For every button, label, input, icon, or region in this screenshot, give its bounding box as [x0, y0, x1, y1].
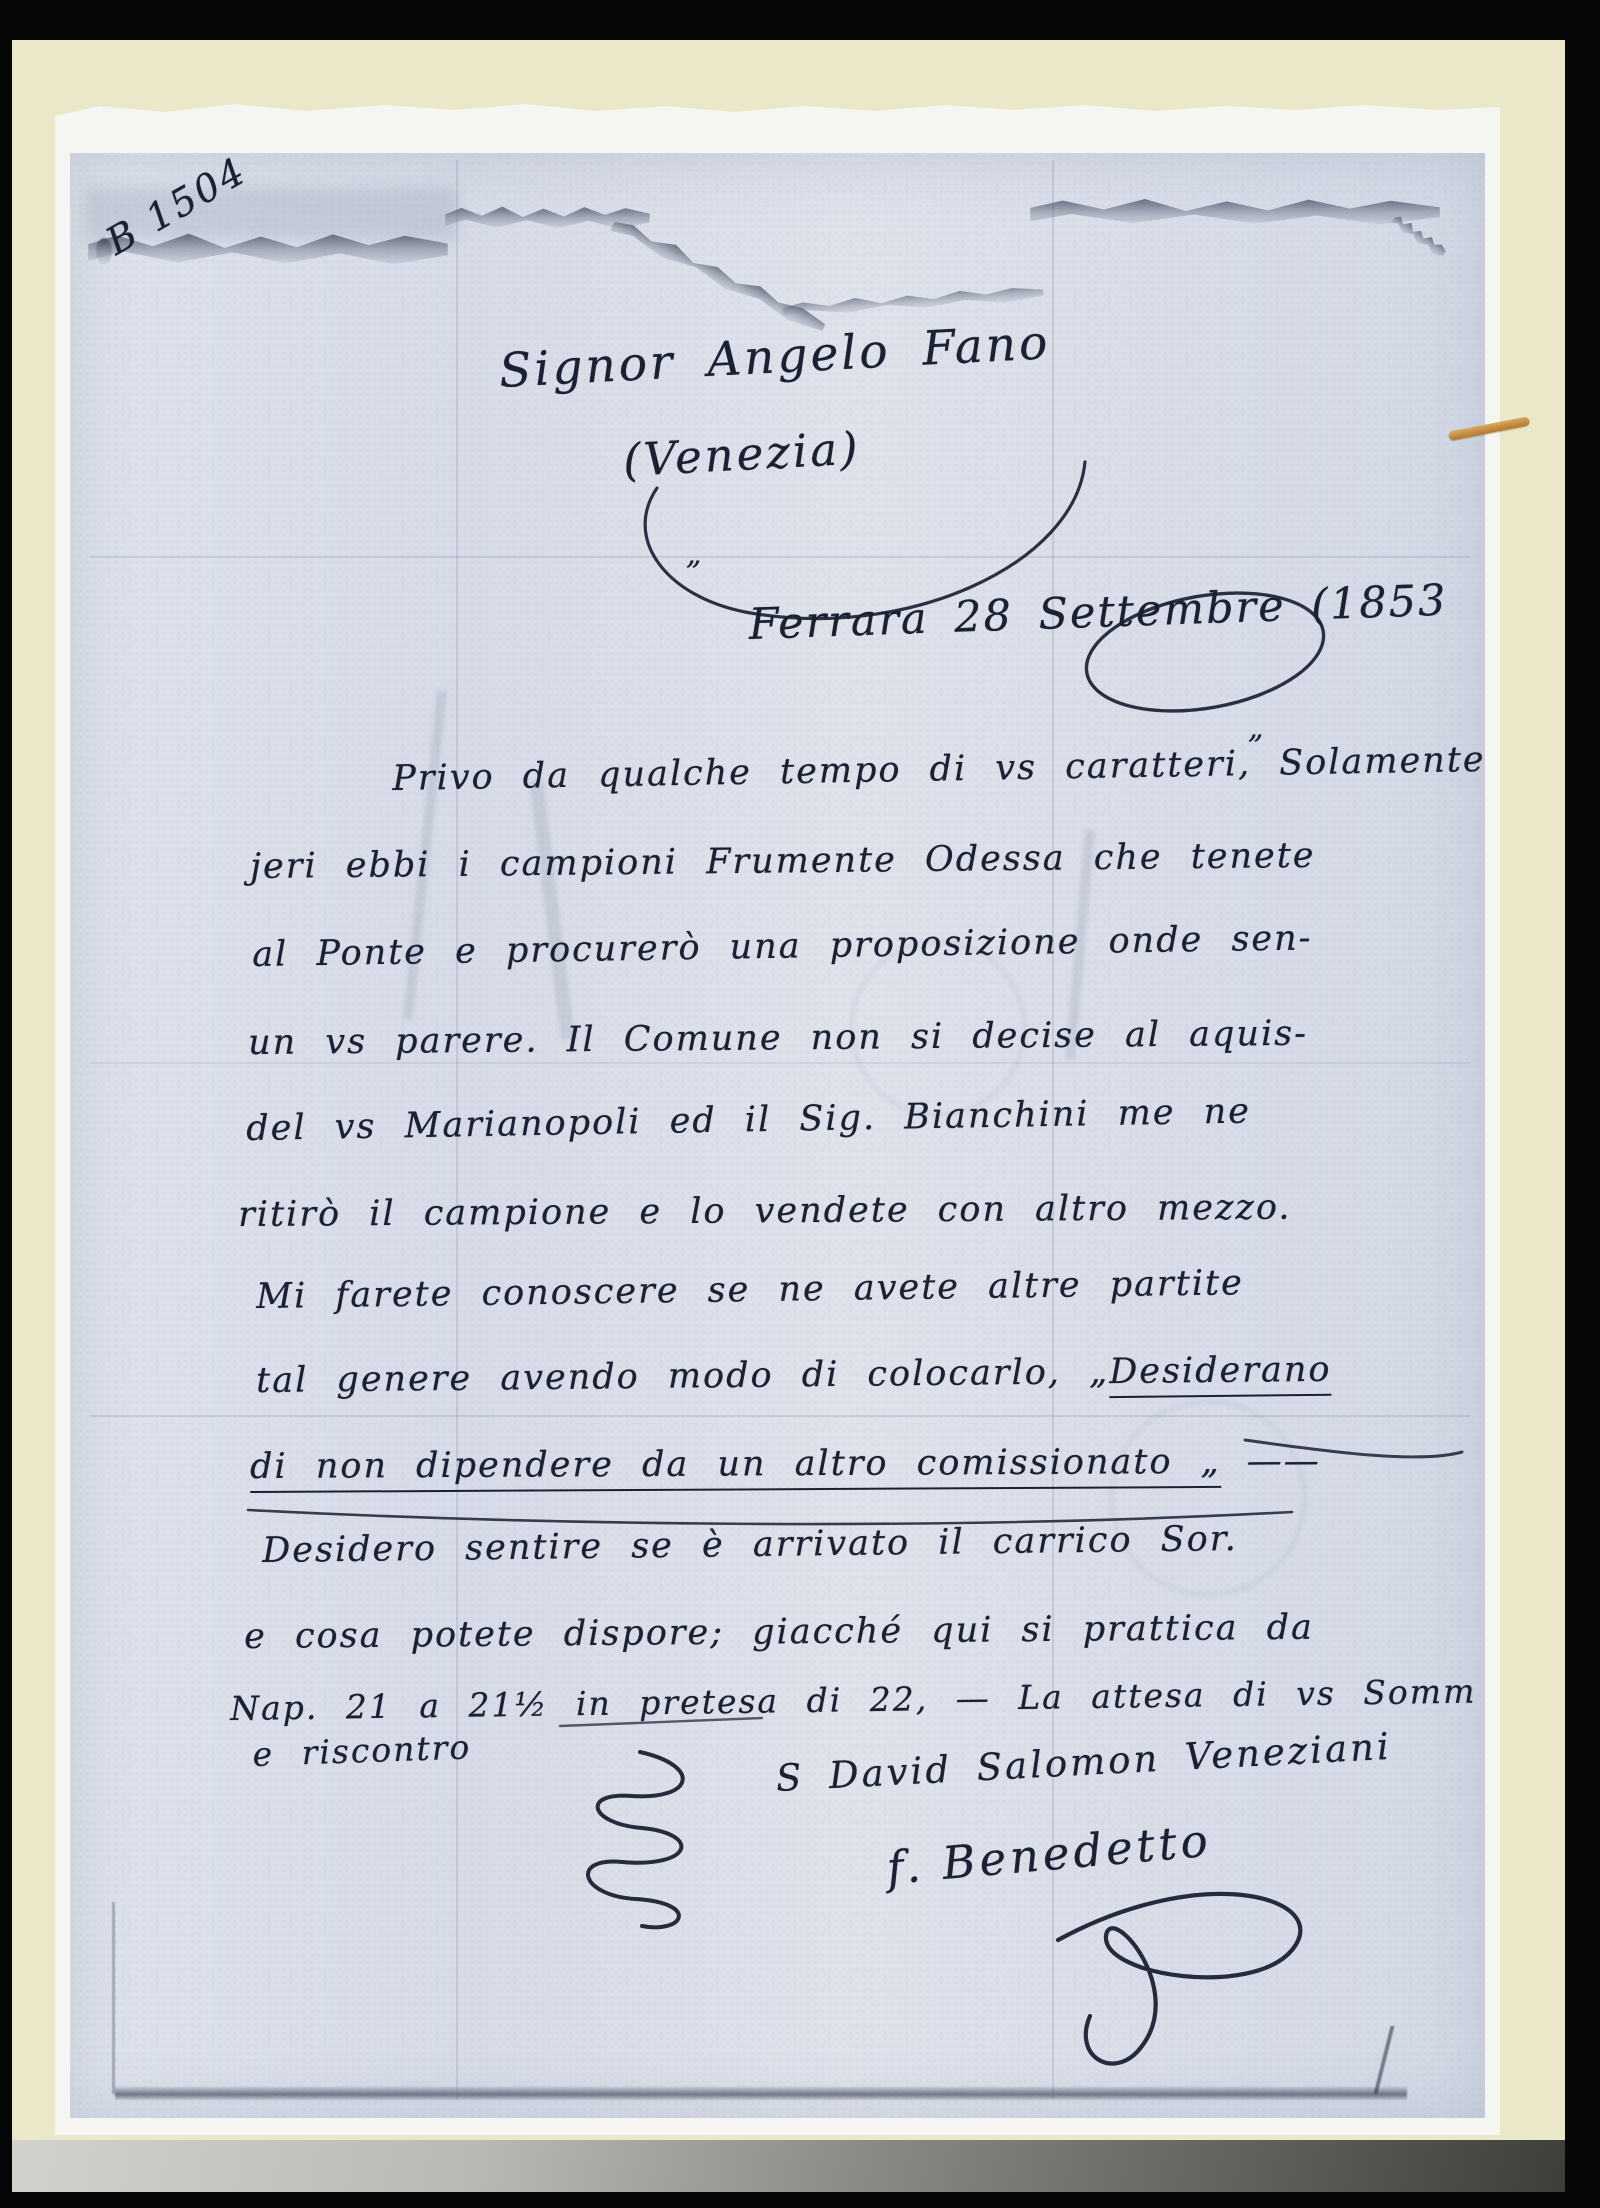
body-line-9-underlined-text: di non dipendere da un altro comissionat… [250, 1442, 1221, 1493]
scanned-letter-page: { "colors": { "frame": "#060606", "album… [0, 0, 1600, 2208]
ghost-stamp-circle [1110, 1400, 1306, 1596]
body-line-8-underlined-text: Desiderano [1109, 1350, 1332, 1398]
body-line-11: e cosa potete dispore; giacché qui si pr… [244, 1611, 1314, 1655]
address-ditto-mark: „ [686, 540, 702, 570]
body-line-6: ritirò il campione e lo vendete con altr… [238, 1191, 1292, 1233]
letter-bottom-edge [115, 2086, 1407, 2100]
letter-left-edge [112, 1902, 115, 2094]
body-line-8: tal genere avendo modo di colocarlo, „De… [256, 1353, 1332, 1399]
fold-crease-horizontal-1 [90, 556, 1470, 558]
body-line-4: un vs parere. Il Comune non si decise al… [248, 1017, 1308, 1061]
address-city: (Venezia) [622, 426, 862, 483]
body-line-9-dash: —— [1247, 1441, 1321, 1481]
body-line-13: e riscontro [252, 1730, 472, 1771]
dateline-ditto-mark: „ [1248, 714, 1264, 744]
body-line-9: di non dipendere da un altro comissionat… [250, 1444, 1321, 1485]
scanner-table-edge [12, 2140, 1565, 2192]
